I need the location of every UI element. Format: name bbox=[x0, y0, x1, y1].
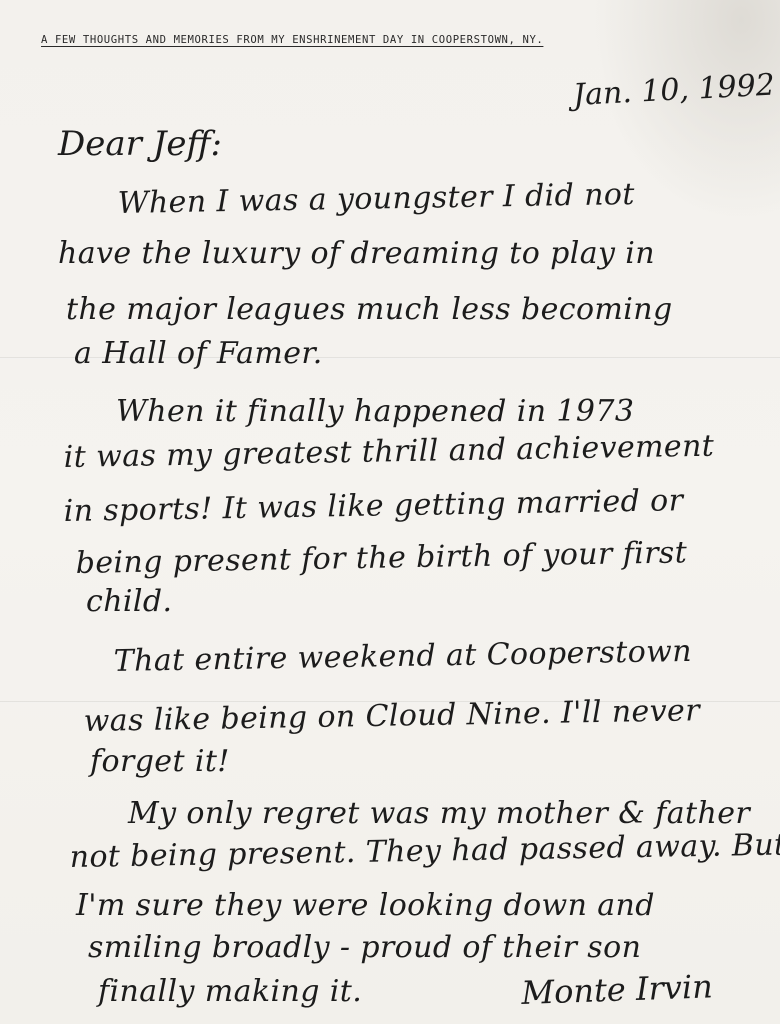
paragraph-line: not being present. They had passed away.… bbox=[69, 827, 780, 875]
paragraph-line: child. bbox=[86, 584, 172, 619]
letter-salutation: Dear Jeff: bbox=[58, 124, 222, 164]
paragraph-line: I'm sure they were looking down and bbox=[76, 888, 655, 923]
paragraph-line: it was my greatest thrill and achievemen… bbox=[63, 429, 714, 475]
paragraph-line: finally making it. bbox=[98, 974, 362, 1009]
paragraph-line: My only regret was my mother & father bbox=[128, 796, 750, 831]
paragraph-line: forget it! bbox=[90, 744, 230, 779]
letter-date: Jan. 10, 1992 bbox=[572, 67, 775, 113]
paragraph-line: When I was a youngster I did not bbox=[117, 177, 635, 221]
paragraph-line: the major leagues much less becoming bbox=[66, 292, 673, 327]
paragraph-line: smiling broadly - proud of their son bbox=[88, 930, 641, 965]
paragraph-line: That entire weekend at Cooperstown bbox=[113, 634, 692, 679]
paragraph-line: have the luxury of dreaming to play in bbox=[58, 236, 655, 271]
paragraph-line: a Hall of Famer. bbox=[74, 336, 323, 371]
paragraph-line: in sports! It was like getting married o… bbox=[63, 483, 683, 529]
paragraph-line: When it finally happened in 1973 bbox=[116, 394, 634, 429]
signature: Monte Irvin bbox=[521, 967, 714, 1012]
paragraph-line: being present for the birth of your firs… bbox=[75, 535, 687, 581]
typed-letterhead-title: A FEW THOUGHTS AND MEMORIES FROM MY ENSH… bbox=[41, 34, 543, 46]
letter-paper: A FEW THOUGHTS AND MEMORIES FROM MY ENSH… bbox=[0, 0, 780, 1024]
